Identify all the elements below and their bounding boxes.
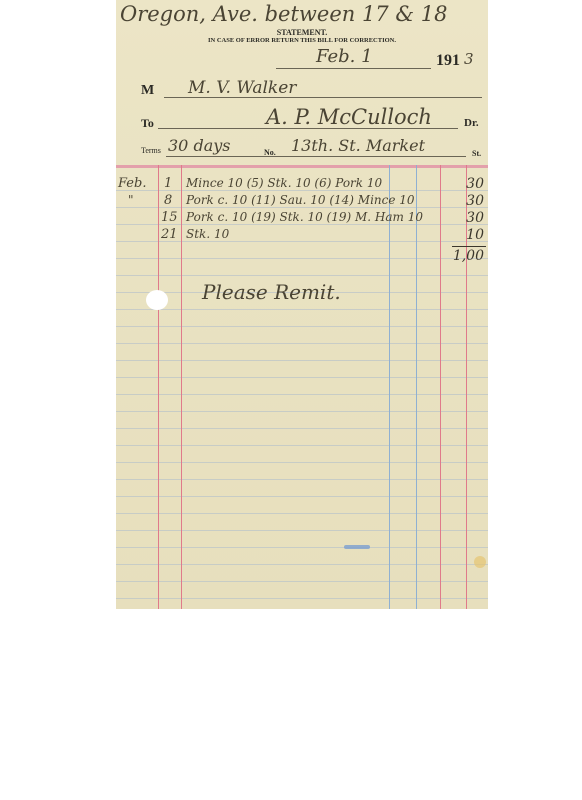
st-label: St. [472,149,481,158]
ruled-line [116,530,488,531]
date-handwritten: Feb. 1 [316,46,373,67]
blue-ink-smudge [344,545,370,549]
year-printed: 191 [436,52,460,70]
address-value: 13th. St. Market [291,136,425,155]
vendor-name: A. P. McCulloch [266,105,432,129]
entry-row: " 8 Pork c. 10 (11) Sau. 10 (14) Mince 1… [116,193,488,210]
entry-row: 15 Pork c. 10 (19) Stk. 10 (19) M. Ham 1… [116,210,488,227]
entry-amount: 10 [466,227,484,243]
entry-amount: 30 [466,210,484,226]
ruled-line [116,360,488,361]
ruled-line [116,547,488,548]
ruled-line [116,411,488,412]
entry-description: Mince 10 (5) Stk. 10 (6) Pork 10 [186,176,382,190]
total-underline [452,246,486,247]
terms-value: 30 days [168,136,230,155]
punch-hole [146,290,168,310]
total-amount: 1,00 [453,248,484,264]
entry-day: 1 [164,176,172,191]
statement-heading: STATEMENT. [116,28,488,37]
ruled-line [116,309,488,310]
ruled-line [116,394,488,395]
statement-paper: Oregon, Ave. between 17 & 18 STATEMENT. … [116,0,488,609]
customer-name: M. V. Walker [188,78,296,98]
entry-day: 15 [161,210,178,225]
to-label: To [141,116,154,131]
ruled-line [116,343,488,344]
entry-month: Feb. [118,176,146,191]
date-line [276,68,431,69]
entry-description: Pork c. 10 (19) Stk. 10 (19) M. Ham 10 [186,210,423,224]
entry-amount: 30 [466,193,484,209]
year-handwritten: 3 [464,50,474,68]
entry-amount: 30 [466,176,484,192]
entry-month: " [128,193,134,207]
entry-description: Stk. 10 [186,227,229,241]
ruled-line [116,275,488,276]
terms-line [166,156,466,157]
ruled-line [116,445,488,446]
ruled-line [116,513,488,514]
entry-row: Feb. 1 Mince 10 (5) Stk. 10 (6) Pork 10 … [116,176,488,193]
entry-row: 21 Stk. 10 10 [116,227,488,244]
statement-subheading: IN CASE OF ERROR RETURN THIS BILL FOR CO… [116,37,488,44]
entry-day: 21 [161,227,178,242]
ruled-line [116,258,488,259]
entry-day: 8 [164,193,172,208]
ruled-line [116,598,488,599]
ruled-line [116,326,488,327]
ruled-line [116,479,488,480]
stain [474,556,486,568]
please-remit-note: Please Remit. [202,280,341,304]
ruled-line [116,564,488,565]
ruled-line [116,496,488,497]
terms-label: Terms [141,146,161,155]
ruled-line [116,377,488,378]
ruled-line [116,462,488,463]
m-label: M [141,83,154,99]
ledger-top-border [116,165,488,168]
ruled-line [116,581,488,582]
no-label: No. [264,148,276,157]
handwritten-address: Oregon, Ave. between 17 & 18 [120,2,447,26]
ruled-line [116,428,488,429]
dr-label: Dr. [464,117,479,129]
entry-description: Pork c. 10 (11) Sau. 10 (14) Mince 10 [186,193,415,207]
